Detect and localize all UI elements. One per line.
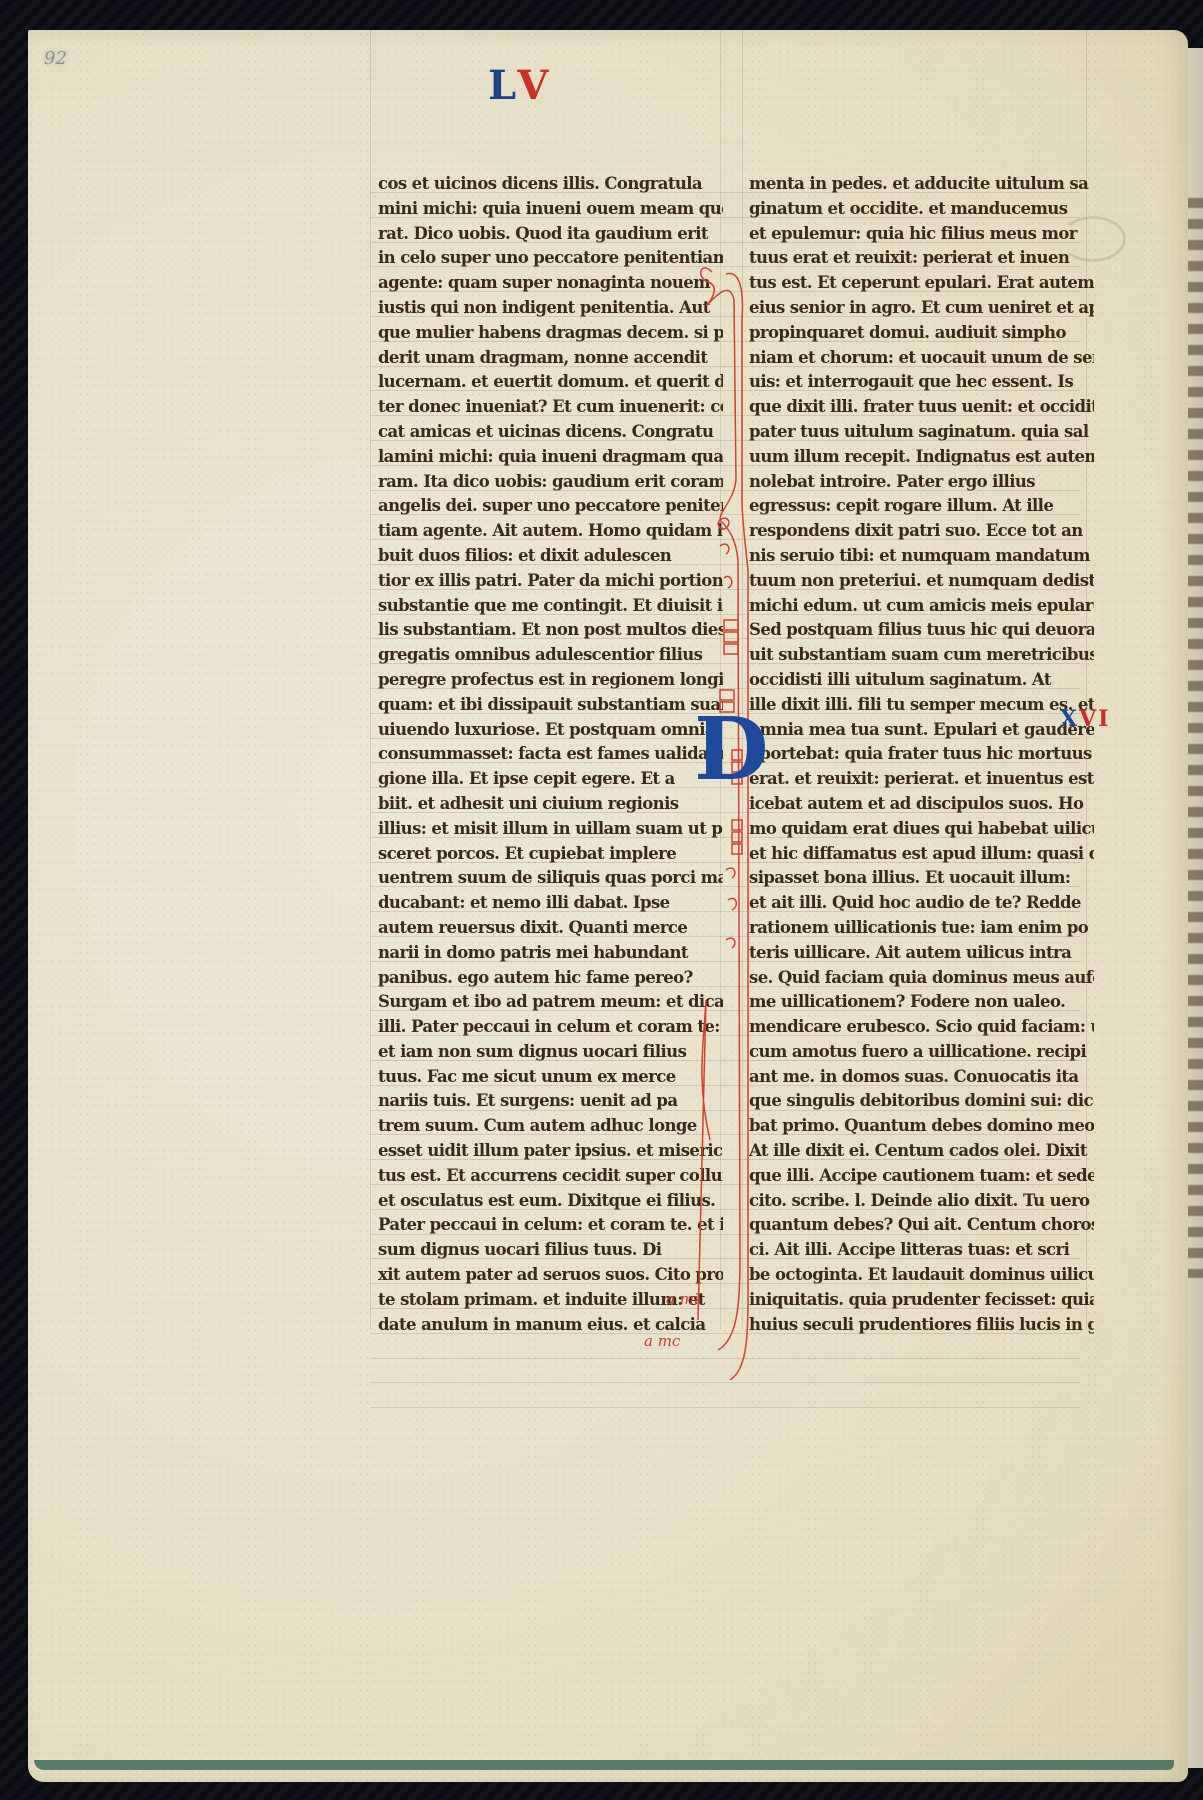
text-line: se. Quid faciam quia dominus meus aufert… [749, 966, 1094, 991]
text-column-left: cos et uicinos dicens illis. Congratulam… [378, 172, 723, 1337]
text-line: iniquitatis. quia prudenter fecisset: qu… [749, 1288, 1094, 1313]
text-line: que singulis debitoribus domini sui: dic… [749, 1089, 1094, 1114]
running-head-blue-letter: L [488, 62, 517, 109]
text-line: tus est. Et accurrens cecidit super coll… [378, 1164, 723, 1189]
text-line: substantie que me contingit. Et diuisit … [378, 594, 723, 619]
text-line: icebat autem et ad discipulos suos. Ho [749, 792, 1094, 817]
text-line: be octoginta. Et laudauit dominus uilicu… [749, 1263, 1094, 1288]
text-line: nolebat introire. Pater ergo illius [749, 470, 1094, 495]
text-line: cat amicas et uicinas dicens. Congratu [378, 420, 723, 445]
marginal-note-2: a mc [644, 1332, 680, 1350]
text-line: ille dixit illi. fili tu semper mecum es… [749, 693, 1094, 718]
text-line: pater tuus uitulum saginatum. quia sal [749, 420, 1094, 445]
text-line: buit duos filios: et dixit adulescen [378, 544, 723, 569]
text-line: Sed postquam filius tuus hic qui deuora [749, 618, 1094, 643]
text-line: Pater peccaui in celum: et coram te. et … [378, 1213, 723, 1238]
text-line: uiuendo luxuriose. Et postquam omnia [378, 718, 723, 743]
text-line: ginatum et occidite. et manducemus [749, 197, 1094, 222]
text-line: narii in domo patris mei habundant [378, 941, 723, 966]
text-line: biit. et adhesit uni ciuium regionis [378, 792, 723, 817]
text-line: eius senior in agro. Et cum ueniret et a… [749, 296, 1094, 321]
text-line: esset uidit illum pater ipsius. et miser… [378, 1139, 723, 1164]
text-line: agente: quam super nonaginta nouem [378, 271, 723, 296]
decorated-initial-letter: D [694, 712, 754, 788]
text-line: ant me. in domos suas. Conuocatis ita [749, 1065, 1094, 1090]
text-line: tuus. Fac me sicut unum ex merce [378, 1065, 723, 1090]
text-line: sum dignus uocari filius tuus. Di [378, 1238, 723, 1263]
text-line: panibus. ego autem hic fame pereo? [378, 966, 723, 991]
folio-number: 92 [44, 48, 67, 69]
text-line: mini michi: quia inueni ouem meam que pe… [378, 197, 723, 222]
text-line: peregre profectus est in regionem longin [378, 668, 723, 693]
text-line: et hic diffamatus est apud illum: quasi … [749, 842, 1094, 867]
text-line: uum illum recepit. Indignatus est autem:… [749, 445, 1094, 470]
text-line: quam: et ibi dissipauit substantiam suam [378, 693, 723, 718]
text-line: oportebat: quia frater tuus hic mortuus [749, 742, 1094, 767]
text-line: teris uillicare. Ait autem uilicus intra [749, 941, 1094, 966]
ruling-line [370, 1407, 1080, 1408]
text-line: iustis qui non indigent penitentia. Aut [378, 296, 723, 321]
text-line: bat primo. Quantum debes domino meo? [749, 1114, 1094, 1139]
text-line: mo quidam erat diues qui habebat uilicum… [749, 817, 1094, 842]
text-line: nariis tuis. Et surgens: uenit ad pa [378, 1089, 723, 1114]
text-line: occidisti illi uitulum saginatum. At [749, 668, 1094, 693]
text-line: uentrem suum de siliquis quas porci man [378, 866, 723, 891]
text-line: illi. Pater peccaui in celum et coram te… [378, 1015, 723, 1040]
marginal-note-1: a mi [666, 1290, 699, 1308]
text-line: in celo super uno peccatore penitentiam [378, 246, 723, 271]
text-line: propinquaret domui. audiuit simpho [749, 321, 1094, 346]
chapter-marker-red: VI [1079, 706, 1110, 732]
text-line: uis: et interrogauit que hec essent. Is [749, 370, 1094, 395]
text-line: lucernam. et euertit domum. et querit di… [378, 370, 723, 395]
text-line: ci. Ait illi. Accipe litteras tuas: et s… [749, 1238, 1094, 1263]
text-line: tiam agente. Ait autem. Homo quidam ha [378, 519, 723, 544]
text-line: michi edum. ut cum amicis meis epularer: [749, 594, 1094, 619]
chapter-marker-blue: X [1060, 706, 1079, 732]
text-line: uit substantiam suam cum meretricibus ue… [749, 643, 1094, 668]
text-line: autem reuersus dixit. Quanti merce [378, 916, 723, 941]
text-line: tuum non preteriui. et numquam dedisti [749, 569, 1094, 594]
text-line: gione illa. Et ipse cepit egere. Et a [378, 767, 723, 792]
text-line: consummasset: facta est fames ualida in … [378, 742, 723, 767]
text-line: Surgam et ibo ad patrem meum: et dicam [378, 990, 723, 1015]
text-line: xit autem pater ad seruos suos. Cito pro… [378, 1263, 723, 1288]
text-line: omnia mea tua sunt. Epulari et gaudere [749, 718, 1094, 743]
leaf-bottom-edge [34, 1760, 1174, 1770]
text-line: rationem uillicationis tue: iam enim po [749, 916, 1094, 941]
text-line: sceret porcos. Et cupiebat implere [378, 842, 723, 867]
text-line: et iam non sum dignus uocari filius [378, 1040, 723, 1065]
text-line: erat. et reuixit: perierat. et inuentus … [749, 767, 1094, 792]
text-line: cos et uicinos dicens illis. Congratula [378, 172, 723, 197]
text-line: nis seruio tibi: et numquam mandatum [749, 544, 1094, 569]
chapter-marker: XVI [1060, 706, 1110, 732]
running-head: LV [488, 62, 554, 109]
text-line: angelis dei. super uno peccatore peniten [378, 494, 723, 519]
text-line: tuus erat et reuixit: perierat et inuen [749, 246, 1094, 271]
text-line: sipasset bona illius. Et uocauit illum: [749, 866, 1094, 891]
text-line: ducabant: et nemo illi dabat. Ipse [378, 891, 723, 916]
running-head-red-letter: V [517, 62, 554, 109]
text-line: At ille dixit ei. Centum cados olei. Dix… [749, 1139, 1094, 1164]
text-line: egressus: cepit rogare illum. At ille [749, 494, 1094, 519]
ruling-margin-left [370, 30, 371, 1330]
text-line: me uillicationem? Fodere non ualeo. [749, 990, 1094, 1015]
text-line: et epulemur: quia hic filius meus mor [749, 222, 1094, 247]
text-line: huius seculi prudentiores filiis lucis i… [749, 1313, 1094, 1338]
text-line: ram. Ita dico uobis: gaudium erit coram [378, 470, 723, 495]
text-line: menta in pedes. et adducite uitulum sa [749, 172, 1094, 197]
text-line: cito. scribe. l. Deinde alio dixit. Tu u… [749, 1189, 1094, 1214]
text-line: ter donec inueniat? Et cum inuenerit: co… [378, 395, 723, 420]
text-line: et osculatus est eum. Dixitque ei filius… [378, 1189, 723, 1214]
text-column-right: menta in pedes. et adducite uitulum sagi… [749, 172, 1094, 1337]
text-line: respondens dixit patri suo. Ecce tot an [749, 519, 1094, 544]
text-line: tus est. Et ceperunt epulari. Erat autem… [749, 271, 1094, 296]
ruling-line [370, 1382, 1080, 1383]
text-line: et ait illi. Quid hoc audio de te? Redde [749, 891, 1094, 916]
text-line: lis substantiam. Et non post multos dies… [378, 618, 723, 643]
text-line: cum amotus fuero a uillicatione. recipi [749, 1040, 1094, 1065]
text-line: quantum debes? Qui ait. Centum choros tr… [749, 1213, 1094, 1238]
text-line: tior ex illis patri. Pater da michi port… [378, 569, 723, 594]
text-line: mendicare erubesco. Scio quid faciam: ut [749, 1015, 1094, 1040]
text-line: lamini michi: quia inueni dragmam quam p… [378, 445, 723, 470]
text-line: rat. Dico uobis. Quod ita gaudium erit [378, 222, 723, 247]
text-line: illius: et misit illum in uillam suam ut… [378, 817, 723, 842]
text-line: que dixit illi. frater tuus uenit: et oc… [749, 395, 1094, 420]
text-line: que mulier habens dragmas decem. si perd… [378, 321, 723, 346]
text-line: que illi. Accipe cautionem tuam: et sede… [749, 1164, 1094, 1189]
text-line: gregatis omnibus adulescentior filius [378, 643, 723, 668]
text-line: niam et chorum: et uocauit unum de ser [749, 346, 1094, 371]
penwork-flourish-icon [690, 260, 770, 1380]
text-line: derit unam dragmam, nonne accendit [378, 346, 723, 371]
text-line: trem suum. Cum autem adhuc longe [378, 1114, 723, 1139]
